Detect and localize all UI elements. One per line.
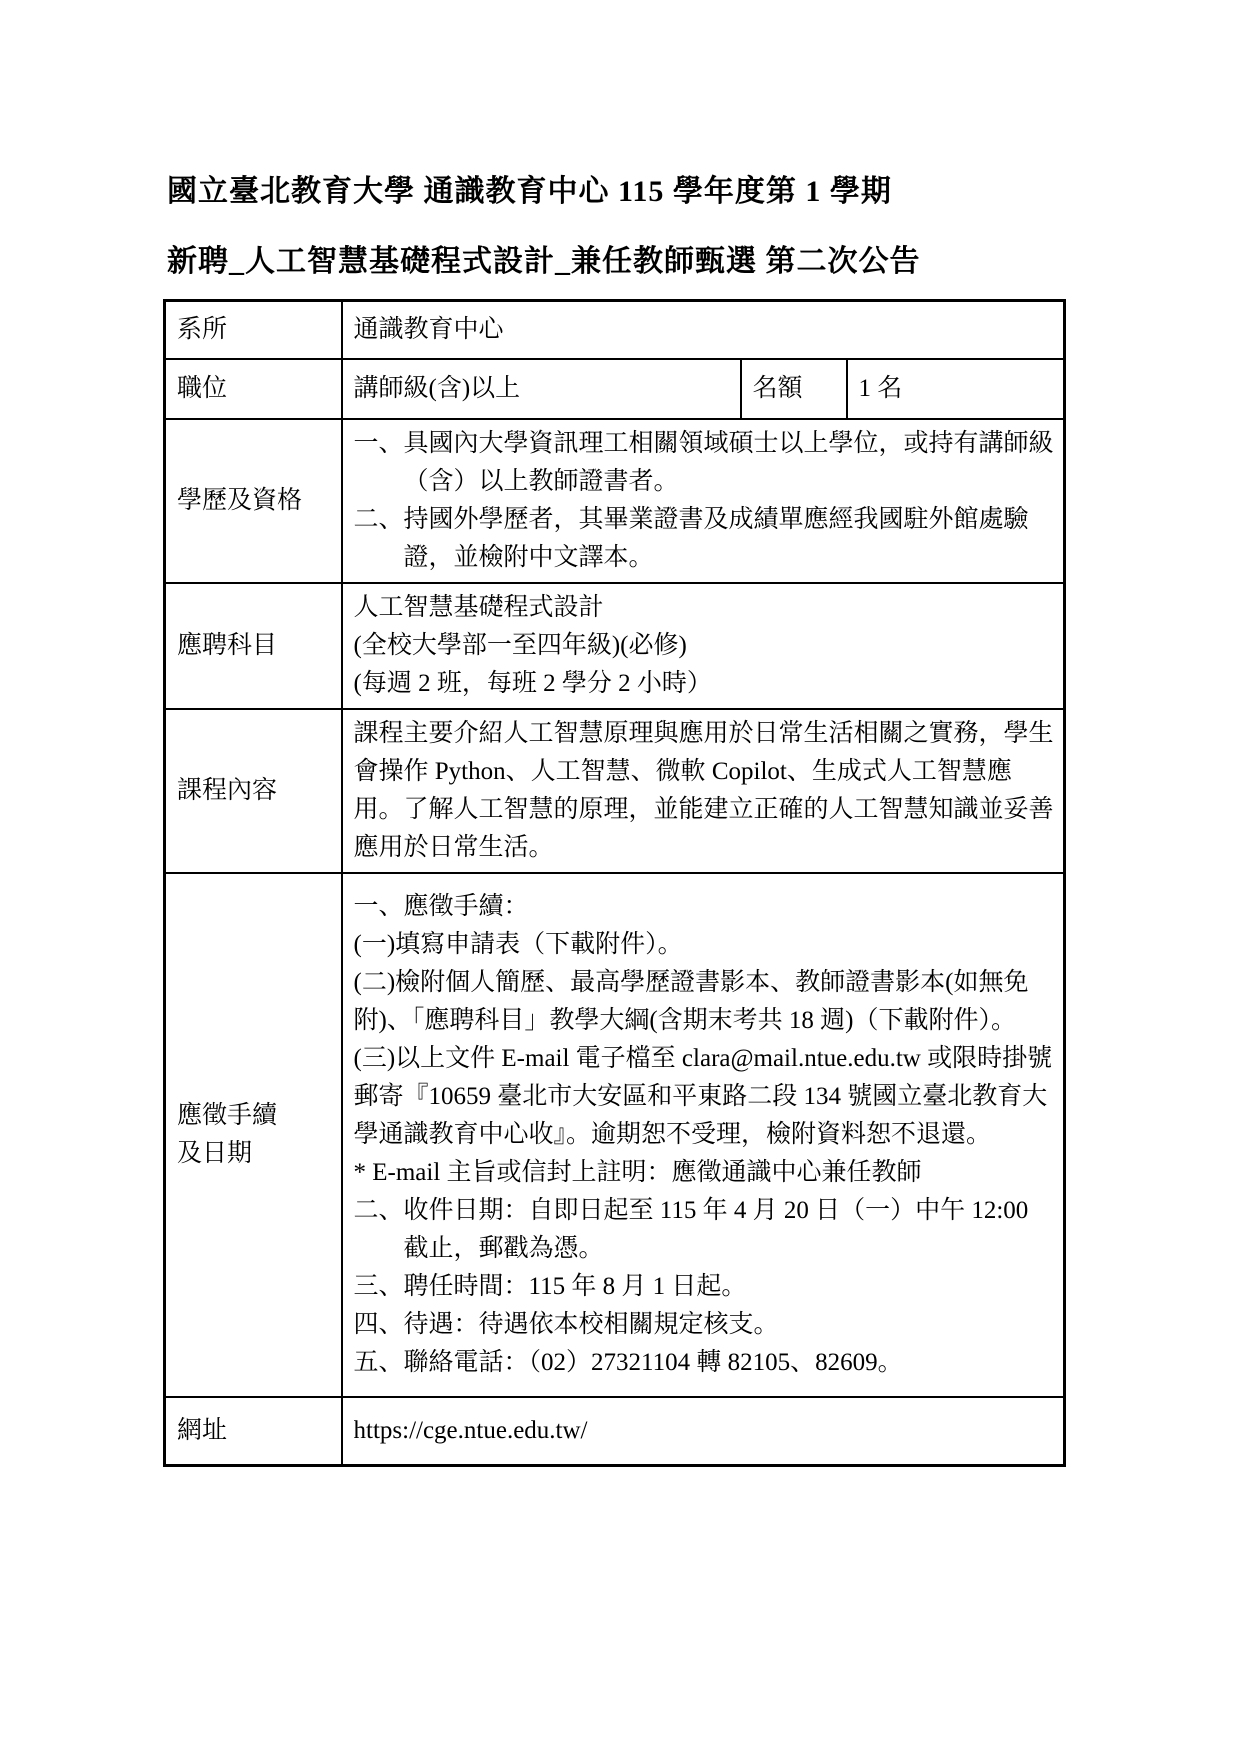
job-info-table: 系所 通識教育中心 職位 講師級(含)以上 名額 1 名 學歷及資格 一、具國內…: [163, 299, 1066, 1467]
quota-label: 名額: [741, 359, 847, 419]
website-label: 網址: [165, 1397, 342, 1466]
text-line: 一、應徵手續：: [354, 888, 1056, 926]
text-line: (每週 2 班，每班 2 學分 2 小時）: [354, 665, 1056, 703]
text-line: 二、持國外學歷者，其畢業證書及成績單應經我國駐外館處驗: [354, 501, 1056, 539]
text-line: 附)、「應聘科目」教學大綱(含期末考共 18 週)（下載附件）。: [354, 1002, 1056, 1040]
subject-label: 應聘科目: [165, 583, 342, 709]
text-line: 人工智慧基礎程式設計: [354, 589, 1056, 627]
text-line: 會操作 Python、人工智慧、微軟 Copilot、生成式人工智慧應: [354, 753, 1056, 791]
document-page: 國立臺北教育大學 通識教育中心 115 學年度第 1 學期 新聘_人工智慧基礎程…: [0, 0, 1241, 1755]
application-procedure-label: 應徵手續 及日期: [165, 873, 342, 1397]
row-subject: 應聘科目 人工智慧基礎程式設計 (全校大學部一至四年級)(必修) (每週 2 班…: [165, 583, 1065, 709]
qualifications-label: 學歷及資格: [165, 419, 342, 583]
text-line: 學通識教育中心收』。逾期恕不受理，檢附資料恕不退還。: [354, 1116, 1056, 1154]
website-url: https://cge.ntue.edu.tw/: [342, 1397, 1065, 1466]
text-line: (一)填寫申請表（下載附件）。: [354, 926, 1056, 964]
text-line: （含）以上教師證書者。: [354, 463, 1056, 501]
text-line: 郵寄『10659 臺北市大安區和平東路二段 134 號國立臺北教育大: [354, 1078, 1056, 1116]
row-qualifications: 學歷及資格 一、具國內大學資訊理工相關領域碩士以上學位，或持有講師級 （含）以上…: [165, 419, 1065, 583]
doc-title-position: 新聘_人工智慧基礎程式設計_兼任教師甄選 第二次公告: [167, 236, 921, 280]
text-line: (三)以上文件 E-mail 電子檔至 clara@mail.ntue.edu.…: [354, 1040, 1056, 1078]
text-line: 五、聯絡電話：（02）27321104 轉 82105、82609。: [354, 1344, 1056, 1382]
row-course-content: 課程內容 課程主要介紹人工智慧原理與應用於日常生活相關之實務，學生 會操作 Py…: [165, 709, 1065, 873]
quota-value: 1 名: [847, 359, 1065, 419]
row-application-procedure: 應徵手續 及日期 一、應徵手續： (一)填寫申請表（下載附件）。 (二)檢附個人…: [165, 873, 1065, 1397]
text-line: 通識教育中心: [354, 311, 1056, 349]
department-value: 通識教育中心: [342, 301, 1065, 359]
row-position: 職位 講師級(含)以上 名額 1 名: [165, 359, 1065, 419]
course-content-text: 課程主要介紹人工智慧原理與應用於日常生活相關之實務，學生 會操作 Python、…: [342, 709, 1065, 873]
department-label: 系所: [165, 301, 342, 359]
text-line: (二)檢附個人簡歷、最高學歷證書影本、教師證書影本(如無免: [354, 964, 1056, 1002]
text-line: 課程主要介紹人工智慧原理與應用於日常生活相關之實務，學生: [354, 715, 1056, 753]
position-label: 職位: [165, 359, 342, 419]
row-website: 網址 https://cge.ntue.edu.tw/: [165, 1397, 1065, 1466]
text-line: 二、收件日期：自即日起至 115 年 4 月 20 日（一）中午 12:00: [354, 1192, 1056, 1230]
label-line: 應徵手續: [177, 1097, 333, 1135]
doc-title-term: 國立臺北教育大學 通識教育中心 115 學年度第 1 學期: [167, 166, 892, 210]
text-line: * E-mail 主旨或信封上註明：應徵通識中心兼任教師: [354, 1154, 1056, 1192]
text-line: 證，並檢附中文譯本。: [354, 539, 1056, 577]
text-line: 一、具國內大學資訊理工相關領域碩士以上學位，或持有講師級: [354, 425, 1056, 463]
subject-content: 人工智慧基礎程式設計 (全校大學部一至四年級)(必修) (每週 2 班，每班 2…: [342, 583, 1065, 709]
label-line: 及日期: [177, 1135, 333, 1173]
text-line: 應用於日常生活。: [354, 829, 1056, 867]
text-line: 用。了解人工智慧的原理，並能建立正確的人工智慧知識並妥善: [354, 791, 1056, 829]
text-line: 截止，郵戳為憑。: [354, 1230, 1056, 1268]
text-line: 三、聘任時間：115 年 8 月 1 日起。: [354, 1268, 1056, 1306]
text-line: 四、待遇：待遇依本校相關規定核支。: [354, 1306, 1056, 1344]
application-procedure-content: 一、應徵手續： (一)填寫申請表（下載附件）。 (二)檢附個人簡歷、最高學歷證書…: [342, 873, 1065, 1397]
row-department: 系所 通識教育中心: [165, 301, 1065, 359]
course-content-label: 課程內容: [165, 709, 342, 873]
url-text: https://cge.ntue.edu.tw/: [354, 1412, 1056, 1450]
qualifications-content: 一、具國內大學資訊理工相關領域碩士以上學位，或持有講師級 （含）以上教師證書者。…: [342, 419, 1065, 583]
position-value: 講師級(含)以上: [342, 359, 741, 419]
text-line: (全校大學部一至四年級)(必修): [354, 627, 1056, 665]
